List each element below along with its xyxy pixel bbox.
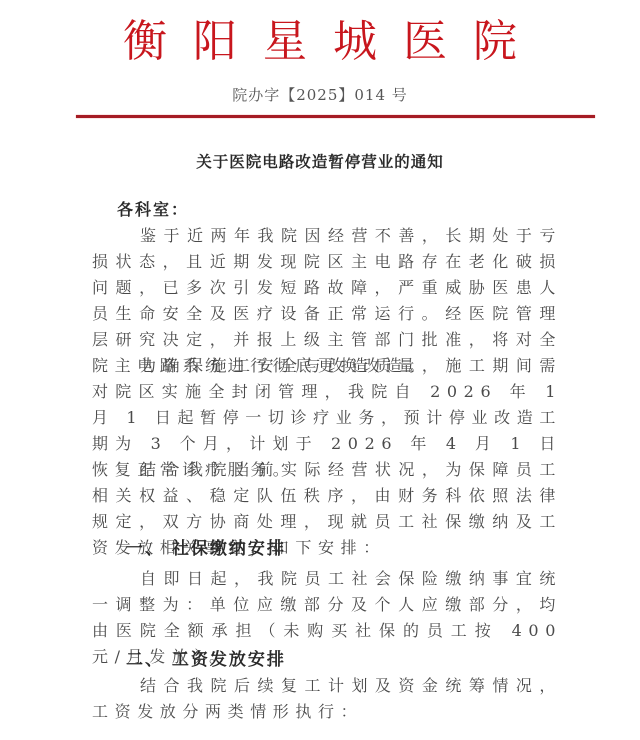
organization-title: 衡阳星城医院 — [0, 12, 640, 72]
document-number: 院办字【2025】014 号 — [0, 84, 640, 106]
paragraph-salary: 结合我院后续复工计划及资金统筹情况，工资发放分两类情形执行： — [92, 673, 562, 725]
section-heading-social-insurance: 一、 社保缴纳安排 — [126, 536, 286, 562]
salutation: 各科室： — [117, 198, 189, 222]
notice-subject: 关于医院电路改造暂停营业的通知 — [0, 150, 640, 174]
letterhead-divider — [76, 115, 595, 118]
section-heading-salary: 二、 工资发放安排 — [126, 647, 286, 673]
